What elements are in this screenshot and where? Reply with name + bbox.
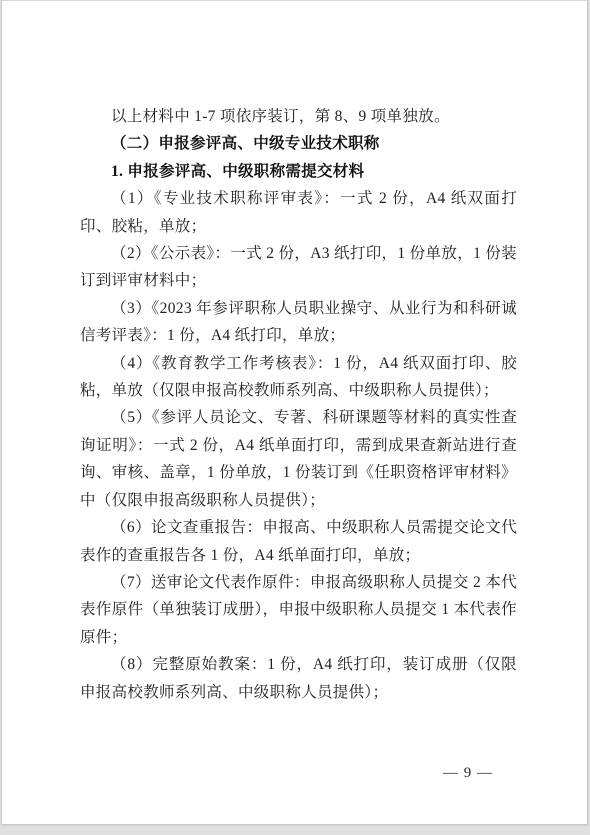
item-4: （4）《教育教学工作考核表》：1 份，A4 纸双面打印、胶粘，单放（仅限申报高校… (80, 350, 517, 405)
item-6: （6）论文查重报告：申报高、中级职称人员需提交论文代表作的查重报告各 1 份，A… (80, 514, 517, 569)
item-1: （1）《专业技术职称评审表》：一式 2 份，A4 纸双面打印、胶粘，单放； (80, 185, 517, 240)
document-body: 以上材料中 1-7 项依序装订，第 8、9 项单独放。 （二）申报参评高、中级专… (80, 103, 517, 706)
item-8: （8）完整原始教案：1 份，A4 纸打印，装订成册（仅限申报高校教师系列高、中级… (80, 651, 517, 706)
page-number: — 9 — (443, 765, 493, 782)
document-page: 以上材料中 1-7 项依序装订，第 8、9 项单独放。 （二）申报参评高、中级专… (1, 0, 588, 825)
item-5: （5）《参评人员论文、专著、科研课题等材料的真实性查询证明》：一式 2 份，A4… (80, 404, 517, 514)
item-2: （2）《公示表》：一式 2 份，A3 纸打印，1 份单放，1 份装订到评审材料中… (80, 240, 517, 295)
intro-line: 以上材料中 1-7 项依序装订，第 8、9 项单独放。 (80, 103, 517, 130)
viewer-background: 以上材料中 1-7 项依序装订，第 8、9 项单独放。 （二）申报参评高、中级专… (0, 0, 590, 835)
section-heading: （二）申报参评高、中级专业技术职称 (80, 130, 517, 157)
item-3: （3）《2023 年参评职称人员职业操守、从业行为和科研诚信考评表》：1 份，A… (80, 295, 517, 350)
subsection-heading: 1. 申报参评高、中级职称需提交材料 (80, 158, 517, 185)
item-7: （7）送审论文代表作原件：申报高级职称人员提交 2 本代表作原件（单独装订成册）… (80, 569, 517, 651)
